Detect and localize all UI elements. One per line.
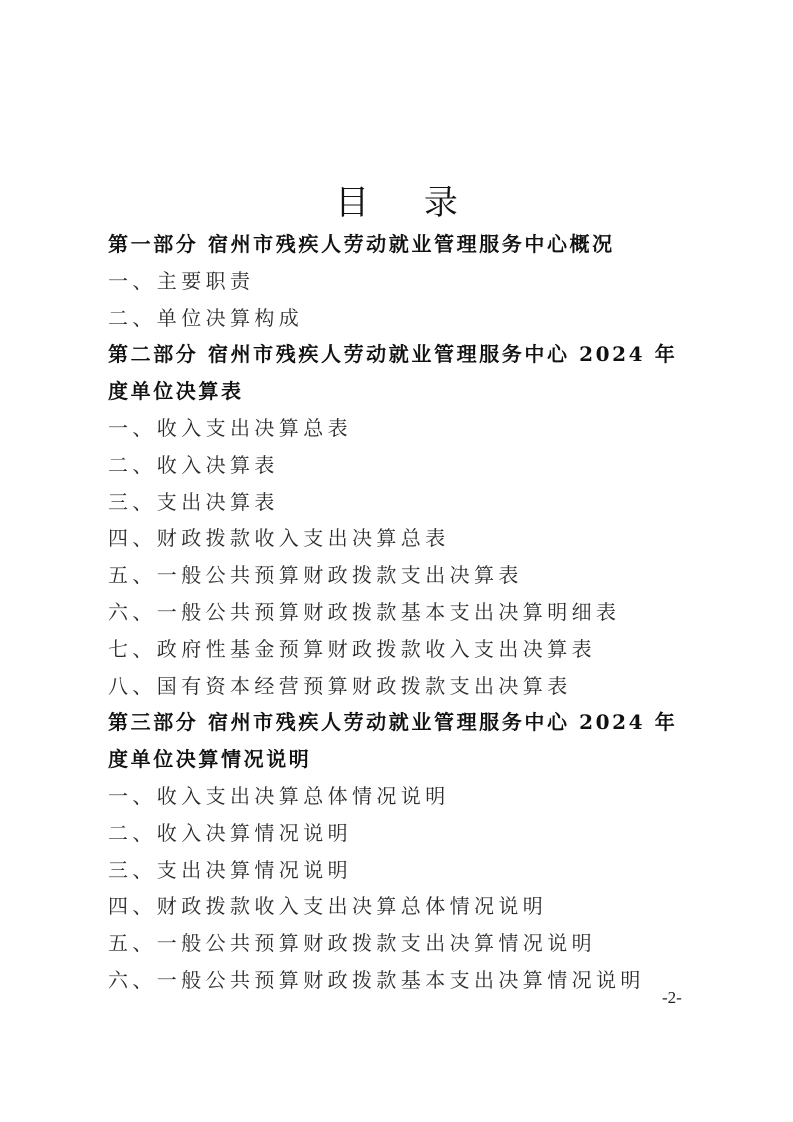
toc-item[interactable]: 三、支出决算情况说明 bbox=[108, 852, 708, 889]
toc-item[interactable]: 四、财政拨款收入支出决算总表 bbox=[108, 520, 708, 557]
toc-item[interactable]: 二、单位决算构成 bbox=[108, 300, 708, 337]
toc-item[interactable]: 三、支出决算表 bbox=[108, 484, 708, 521]
toc-item[interactable]: 一、主要职责 bbox=[108, 263, 708, 300]
toc-part-3-heading[interactable]: 第三部分 宿州市残疾人劳动就业管理服务中心 2024 年 bbox=[108, 704, 708, 741]
table-of-contents: 第一部分 宿州市残疾人劳动就业管理服务中心概况 一、主要职责 二、单位决算构成 … bbox=[108, 226, 708, 999]
toc-part-1-heading[interactable]: 第一部分 宿州市残疾人劳动就业管理服务中心概况 bbox=[108, 226, 708, 263]
toc-item[interactable]: 四、财政拨款收入支出决算总体情况说明 bbox=[108, 888, 708, 925]
toc-part-3-heading-continued[interactable]: 度单位决算情况说明 bbox=[108, 741, 708, 778]
toc-item[interactable]: 一、收入支出决算总体情况说明 bbox=[108, 778, 708, 815]
toc-part-2-heading[interactable]: 第二部分 宿州市残疾人劳动就业管理服务中心 2024 年 bbox=[108, 336, 708, 373]
toc-item[interactable]: 七、政府性基金预算财政拨款收入支出决算表 bbox=[108, 631, 708, 668]
toc-item[interactable]: 六、一般公共预算财政拨款基本支出决算明细表 bbox=[108, 594, 708, 631]
toc-item[interactable]: 五、一般公共预算财政拨款支出决算表 bbox=[108, 557, 708, 594]
page-number: -2- bbox=[662, 988, 682, 1008]
page-title: 目 录 bbox=[0, 180, 793, 226]
toc-item[interactable]: 八、国有资本经营预算财政拨款支出决算表 bbox=[108, 668, 708, 705]
toc-item[interactable]: 五、一般公共预算财政拨款支出决算情况说明 bbox=[108, 925, 708, 962]
toc-item[interactable]: 二、收入决算表 bbox=[108, 447, 708, 484]
toc-item[interactable]: 一、收入支出决算总表 bbox=[108, 410, 708, 447]
toc-part-2-heading-continued[interactable]: 度单位决算表 bbox=[108, 373, 708, 410]
toc-item[interactable]: 六、一般公共预算财政拨款基本支出决算情况说明 bbox=[108, 962, 708, 999]
toc-item[interactable]: 二、收入决算情况说明 bbox=[108, 815, 708, 852]
